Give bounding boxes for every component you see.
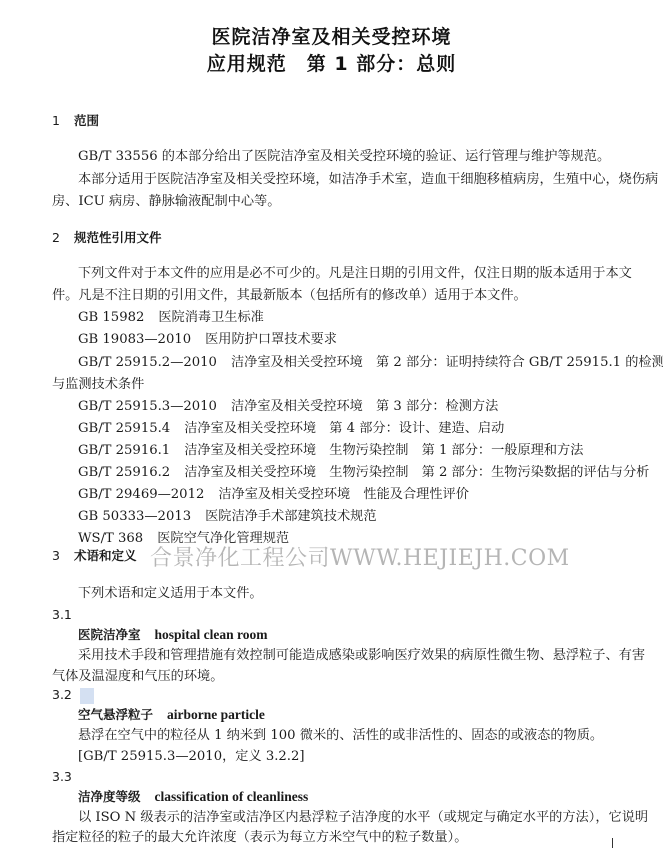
reference-title: 洁净室及相关受控环境 第 4 部分：设计、建造、启动 [184,421,504,436]
reference-code: GB/T 29469—2012 [78,487,204,502]
reference-code: GB/T 25915.3—2010 [78,399,217,414]
term-number: 3.1 [52,606,72,624]
page-number [612,838,613,848]
reference-item: GB/T 25915.3—2010洁净室及相关受控环境 第 3 部分：检测方法 [78,398,498,416]
term-source: [GB/T 25915.3—2010，定义 3.2.2] [78,748,305,766]
reference-title: 医院消毒卫生标准 [158,310,264,325]
section-2-heading: 2规范性引用文件 [52,229,162,247]
reference-item: GB/T 25916.1洁净室及相关受控环境 生物污染控制 第 1 部分：一般原… [78,442,583,460]
references-intro-1: 下列文件对于本文件的应用是必不可少的。凡是注日期的引用文件，仅注日期的版本适用于… [78,265,632,283]
term-heading: 洁净度等级classification of cleanliness [78,788,308,807]
term-heading: 医院洁净室hospital clean room [78,626,268,645]
reference-item: GB/T 25916.2洁净室及相关受控环境 生物污染控制 第 2 部分：生物污… [78,464,649,482]
reference-item: GB 15982医院消毒卫生标准 [78,309,264,327]
section-number: 2 [52,229,74,247]
watermark-text: 合景净化工程公司WWW.HEJIEJH.COM [150,541,570,572]
reference-code: GB 50333—2013 [78,509,191,524]
section-1-heading: 1范围 [52,112,99,130]
reference-item: GB/T 29469—2012洁净室及相关受控环境 性能及合理性评价 [78,486,469,504]
term-definition-cont: 气体及温湿度和气压的环境。 [52,668,223,686]
terms-intro: 下列术语和定义适用于本文件。 [78,585,263,603]
document-title-line2: 应用规范 第 1 部分：总则 [0,49,663,76]
reference-code: GB/T 25915.4 [78,421,170,436]
reference-item: GB/T 25915.2—2010洁净室及相关受控环境 第 2 部分：证明持续符… [78,354,663,372]
term-definition: 采用技术手段和管理措施有效控制可能造成感染或影响医疗效果的病原性微生物、悬浮粒子… [78,647,645,665]
term-definition: 悬浮在空气中的粒径从 1 纳米到 100 微米的、活性的或非活性的、固态的或液态… [78,727,603,745]
section-number: 3 [52,547,74,565]
term-definition: 以 ISO N 级表示的洁净室或洁净区内悬浮粒子洁净度的水平（或规定与确定水平的… [78,809,648,827]
reference-title: 洁净室及相关受控环境 生物污染控制 第 2 部分：生物污染数据的评估与分析 [184,465,649,480]
reference-code: WS/T 368 [78,531,143,546]
reference-item: GB/T 25915.4洁净室及相关受控环境 第 4 部分：设计、建造、启动 [78,420,504,438]
scope-paragraph-2-cont: 房、ICU 病房、静脉输液配制中心等。 [52,193,280,211]
document-title-line1: 医院洁净室及相关受控环境 [0,22,663,49]
reference-title: 洁净室及相关受控环境 第 2 部分：证明持续符合 GB/T 25915.1 的检… [231,355,663,370]
term-en: hospital clean room [155,627,268,642]
term-number: 3.2 [52,686,72,704]
term-en: classification of cleanliness [155,789,309,804]
scope-paragraph-2: 本部分适用于医院洁净室及相关受控环境，如洁净手术室，造血干细胞移植病房，生殖中心… [78,171,658,189]
reference-code: GB 19083—2010 [78,332,191,347]
term-zh: 空气悬浮粒子 [78,707,153,722]
reference-title: 洁净室及相关受控环境 第 3 部分：检测方法 [231,399,498,414]
section-title: 术语和定义 [74,548,137,563]
reference-title: 医院洁净手术部建筑技术规范 [205,509,376,524]
term-en: airborne particle [167,707,265,722]
section-3-heading: 3术语和定义 [52,547,137,565]
section-title: 规范性引用文件 [74,230,162,245]
reference-code: GB/T 25915.2—2010 [78,355,217,370]
reference-title: 医用防护口罩技术要求 [205,332,337,347]
reference-item: GB 19083—2010医用防护口罩技术要求 [78,331,337,349]
reference-title: 洁净室及相关受控环境 性能及合理性评价 [218,487,469,502]
reference-code: GB/T 25916.2 [78,465,170,480]
reference-code: GB 15982 [78,310,144,325]
reference-item: GB 50333—2013医院洁净手术部建筑技术规范 [78,508,377,526]
term-definition-cont: 指定粒径的粒子的最大允许浓度（表示为每立方米空气中的粒子数量）。 [52,829,467,847]
scope-paragraph-1: GB/T 33556 的本部分给出了医院洁净室及相关受控环境的验证、运行管理与维… [78,148,610,166]
reference-code: GB/T 25916.1 [78,443,170,458]
term-number: 3.3 [52,768,72,786]
term-heading: 空气悬浮粒子airborne particle [78,706,265,725]
section-title: 范围 [74,113,99,128]
section-number: 1 [52,112,74,130]
term-zh: 洁净度等级 [78,789,141,804]
references-intro-2: 件。凡是不注日期的引用文件，其最新版本（包括所有的修改单）适用于本文件。 [52,287,527,305]
reference-title: 洁净室及相关受控环境 生物污染控制 第 1 部分：一般原理和方法 [184,443,583,458]
term-zh: 医院洁净室 [78,627,141,642]
stamp-mark [80,688,94,704]
reference-item-continuation: 与监测技术条件 [52,376,144,394]
